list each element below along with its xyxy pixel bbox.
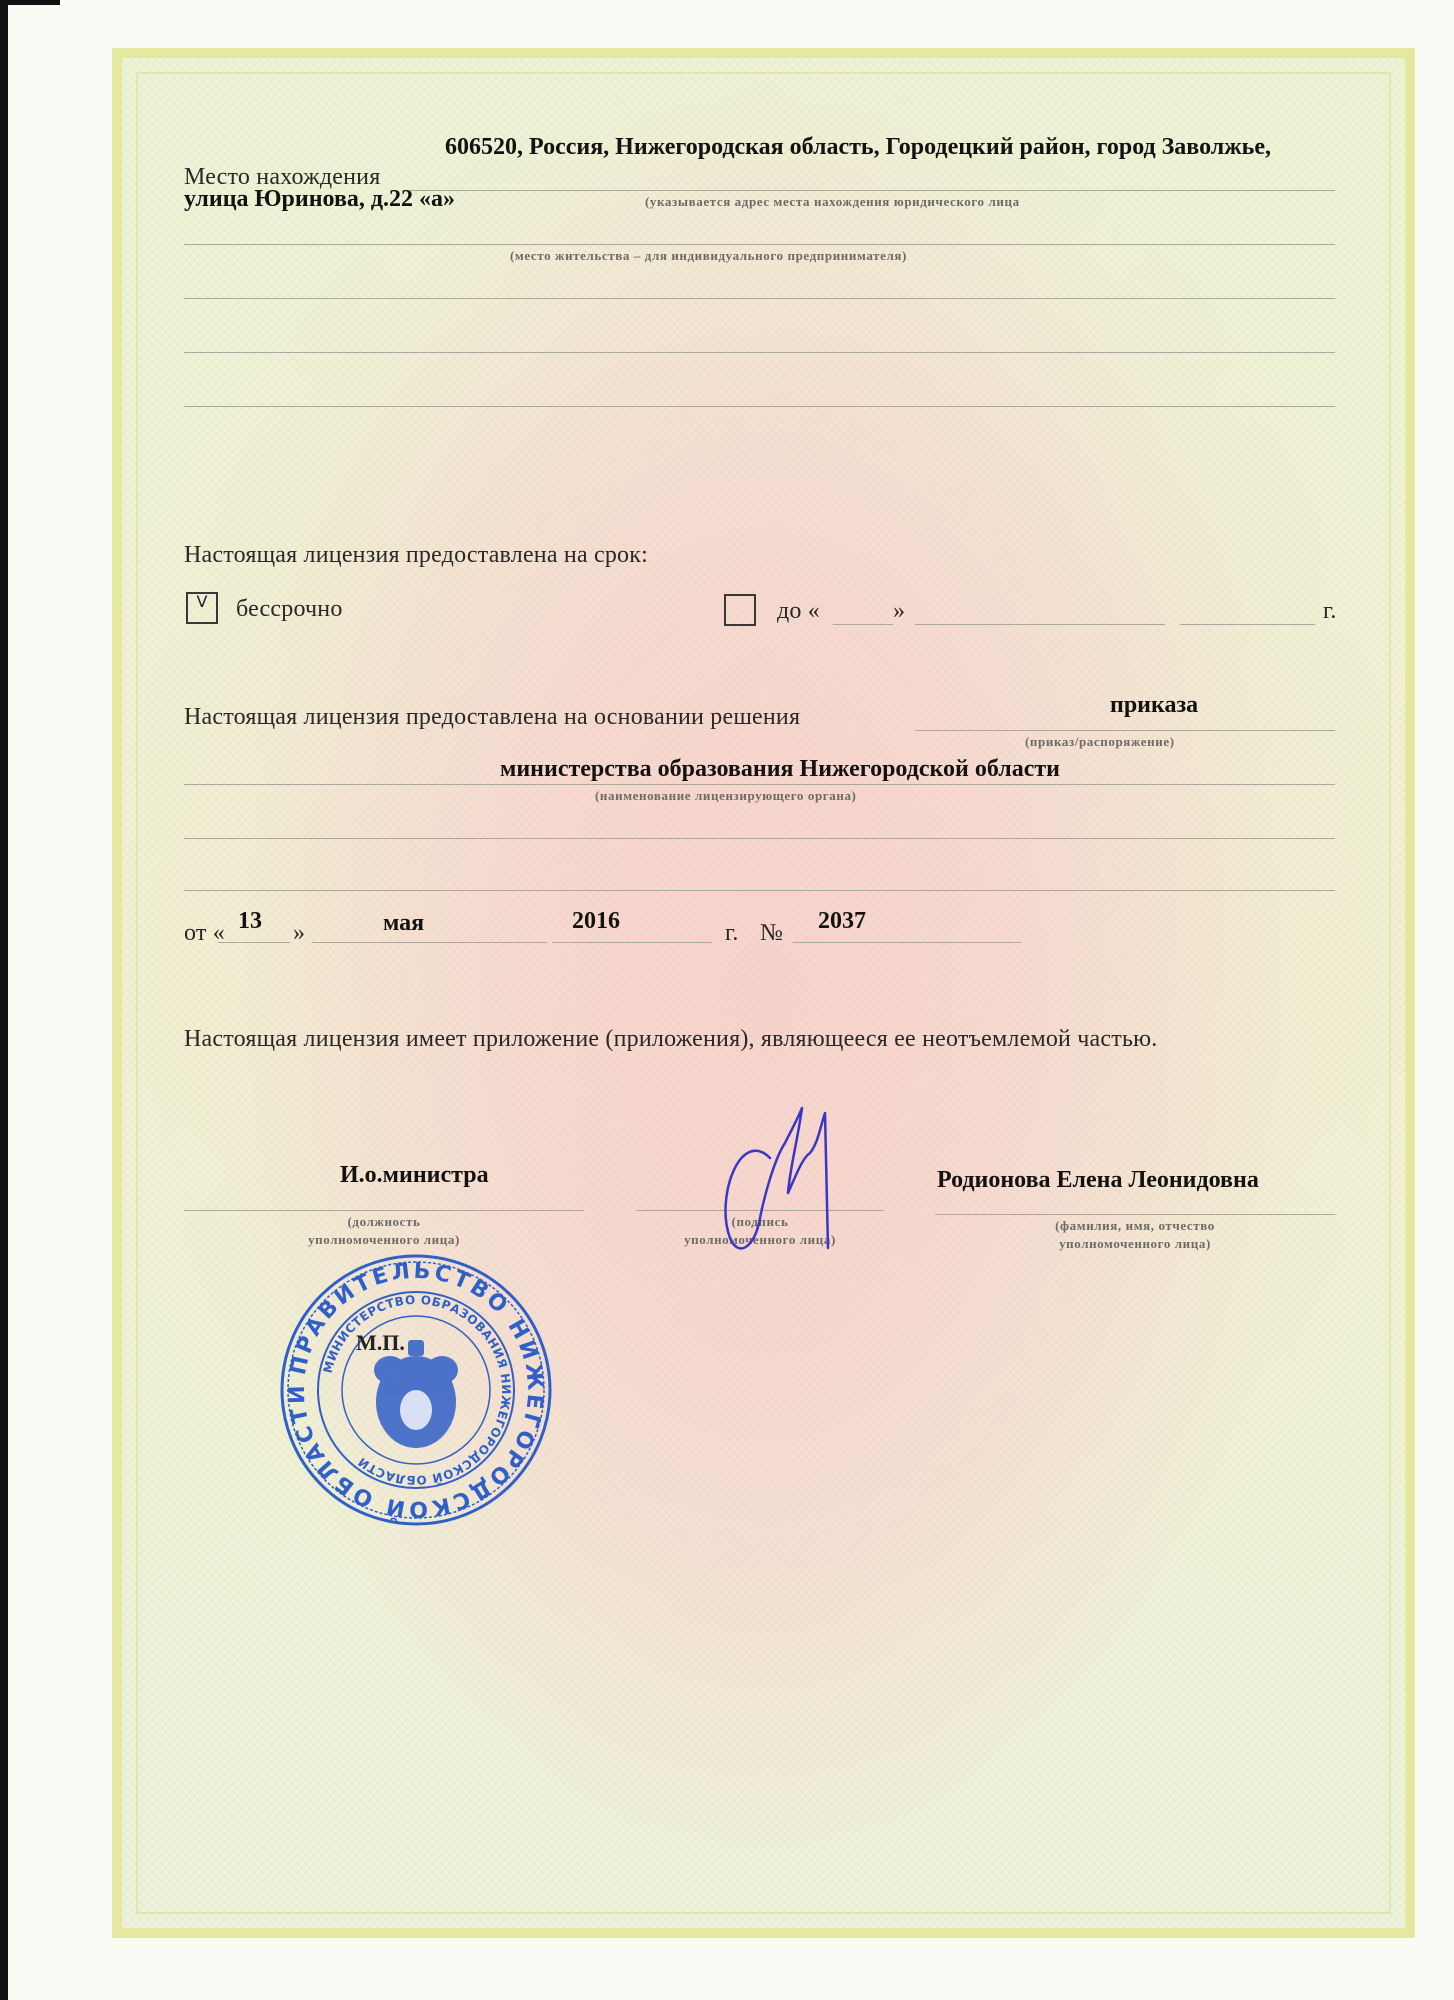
address-hint-individual: (место жительства – для индивидуального … <box>510 247 907 265</box>
date-day-line <box>218 942 290 943</box>
address-underline-1 <box>410 190 1335 191</box>
signatory-full-name: Родионова Елена Леонидовна <box>937 1167 1259 1194</box>
guilloche-frame <box>136 72 1391 1914</box>
address-hint-legal: (указывается адрес места нахождения юрид… <box>645 193 1020 211</box>
address-underline-4 <box>184 352 1335 353</box>
order-number-sign: № <box>760 920 783 947</box>
full-name-underline <box>935 1214 1335 1215</box>
date-year-suffix: г. <box>725 920 739 947</box>
address-line-1: 606520, Россия, Нижегородская область, Г… <box>445 134 1271 161</box>
date-month: мая <box>383 910 424 937</box>
term-until-checkbox[interactable] <box>724 594 756 626</box>
address-underline-5 <box>184 406 1335 407</box>
basis-label: Настоящая лицензия предоставлена на осно… <box>184 704 800 731</box>
term-indefinite-label: бессрочно <box>236 596 343 623</box>
order-number-line <box>793 942 1021 943</box>
basis-decision-hint: (приказ/распоряжение) <box>1025 733 1175 751</box>
term-until-quote-close: » <box>893 598 905 625</box>
date-year-line <box>552 942 712 943</box>
basis-authority-underline <box>184 784 1335 785</box>
date-quote-close: » <box>293 920 305 947</box>
term-until-month-line <box>915 624 1165 625</box>
term-until-prefix: до « <box>777 598 820 625</box>
term-until-year-line <box>1180 624 1315 625</box>
term-until-suffix: г. <box>1323 598 1337 625</box>
basis-authority-hint: (наименование лицензирующего органа) <box>595 787 857 805</box>
basis-authority: министерства образования Нижегородской о… <box>500 756 1060 783</box>
basis-underline-2 <box>184 838 1335 839</box>
term-label: Настоящая лицензия предоставлена на срок… <box>184 542 648 569</box>
basis-decision-underline <box>915 730 1335 731</box>
scan-edge <box>0 0 8 2000</box>
address-underline-2 <box>184 244 1335 245</box>
address-underline-3 <box>184 298 1335 299</box>
order-number: 2037 <box>818 908 866 935</box>
basis-underline-3 <box>184 890 1335 891</box>
date-day: 13 <box>238 908 262 935</box>
basis-decision-type: приказа <box>1110 692 1198 719</box>
license-sheet <box>112 48 1415 1938</box>
full-name-hint: (фамилия, имя, отчество уполномоченного … <box>935 1217 1335 1253</box>
term-until-day-line <box>833 624 893 625</box>
appendix-note: Настоящая лицензия имеет приложение (при… <box>184 1026 1157 1053</box>
position-hint: (должность уполномоченного лица) <box>184 1213 584 1249</box>
handwritten-signature <box>710 1098 870 1258</box>
signatory-position: И.о.министра <box>340 1162 489 1189</box>
official-stamp: ПРАВИТЕЛЬСТВО НИЖЕГОРОДСКОЙ ОБЛАСТИ МИНИ… <box>278 1252 554 1528</box>
date-year: 2016 <box>572 908 620 935</box>
date-month-line <box>312 942 547 943</box>
scan-edge-top <box>0 0 60 5</box>
seal-place-label: М.П. <box>356 1330 405 1356</box>
position-underline <box>184 1210 584 1211</box>
term-indefinite-checkbox[interactable]: V <box>186 592 218 624</box>
